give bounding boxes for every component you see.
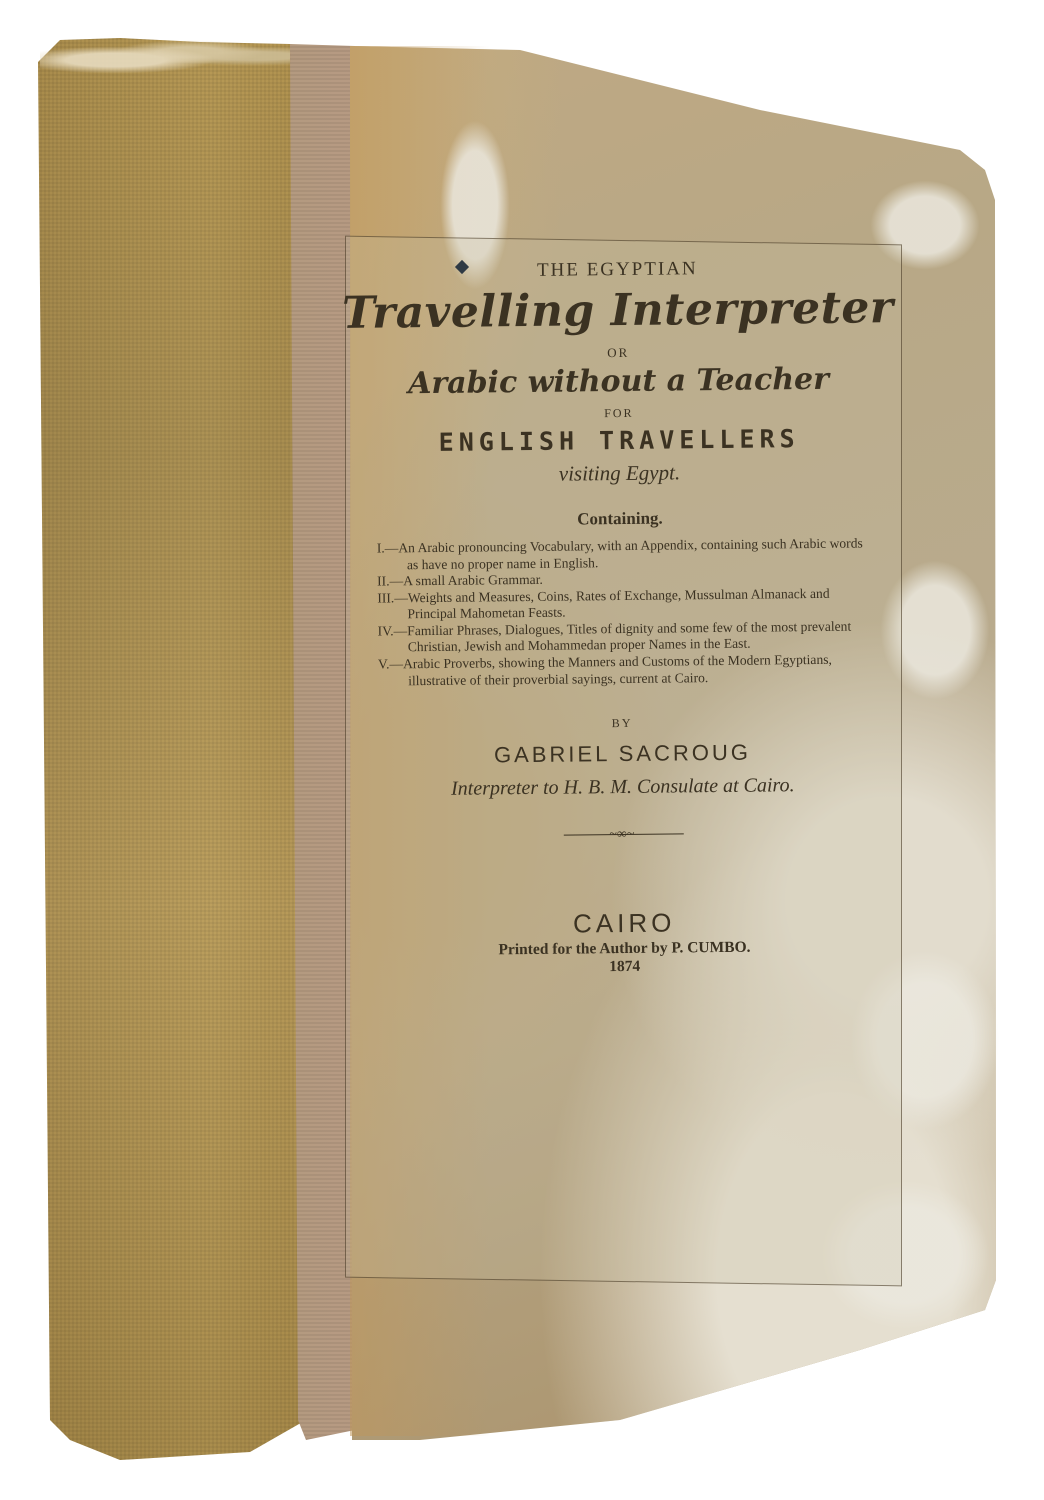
contents-item: V.—Arabic Proverbs, showing the Manners … <box>374 651 871 689</box>
title-alt: Arabic without a Teacher <box>341 363 896 400</box>
frayed-spine-top <box>40 36 290 76</box>
contents-item: I.—An Arabic pronouncing Vocabulary, wit… <box>373 535 870 573</box>
contents-list: I.—An Arabic pronouncing Vocabulary, wit… <box>373 535 872 689</box>
title-or: OR <box>341 343 896 362</box>
ornament-rule-icon: ~∞~ <box>563 827 683 842</box>
title-main: Travelling Interpreter <box>340 285 895 337</box>
by-label: BY <box>345 714 900 732</box>
author-name: GABRIEL SACROUG <box>345 739 900 768</box>
contents-heading: Containing. <box>342 507 897 531</box>
title-prefix: THE EGYPTIAN <box>340 257 895 283</box>
contents-item: III.—Weights and Measures, Coins, Rates … <box>373 585 870 623</box>
title-page-text: THE EGYPTIAN Travelling Interpreter OR A… <box>340 247 906 1273</box>
title-subtitle: visiting Egypt. <box>342 459 897 487</box>
book-photo: THE EGYPTIAN Travelling Interpreter OR A… <box>0 0 1044 1500</box>
imprint-city: CAIRO <box>347 907 902 940</box>
title-for: FOR <box>341 404 896 422</box>
author-role: Interpreter to H. B. M. Consulate at Cai… <box>345 774 900 801</box>
contents-item: IV.—Familiar Phrases, Dialogues, Titles … <box>374 618 871 656</box>
imprint-year: 1874 <box>347 957 902 979</box>
title-audience: ENGLISH TRAVELLERS <box>342 425 897 457</box>
